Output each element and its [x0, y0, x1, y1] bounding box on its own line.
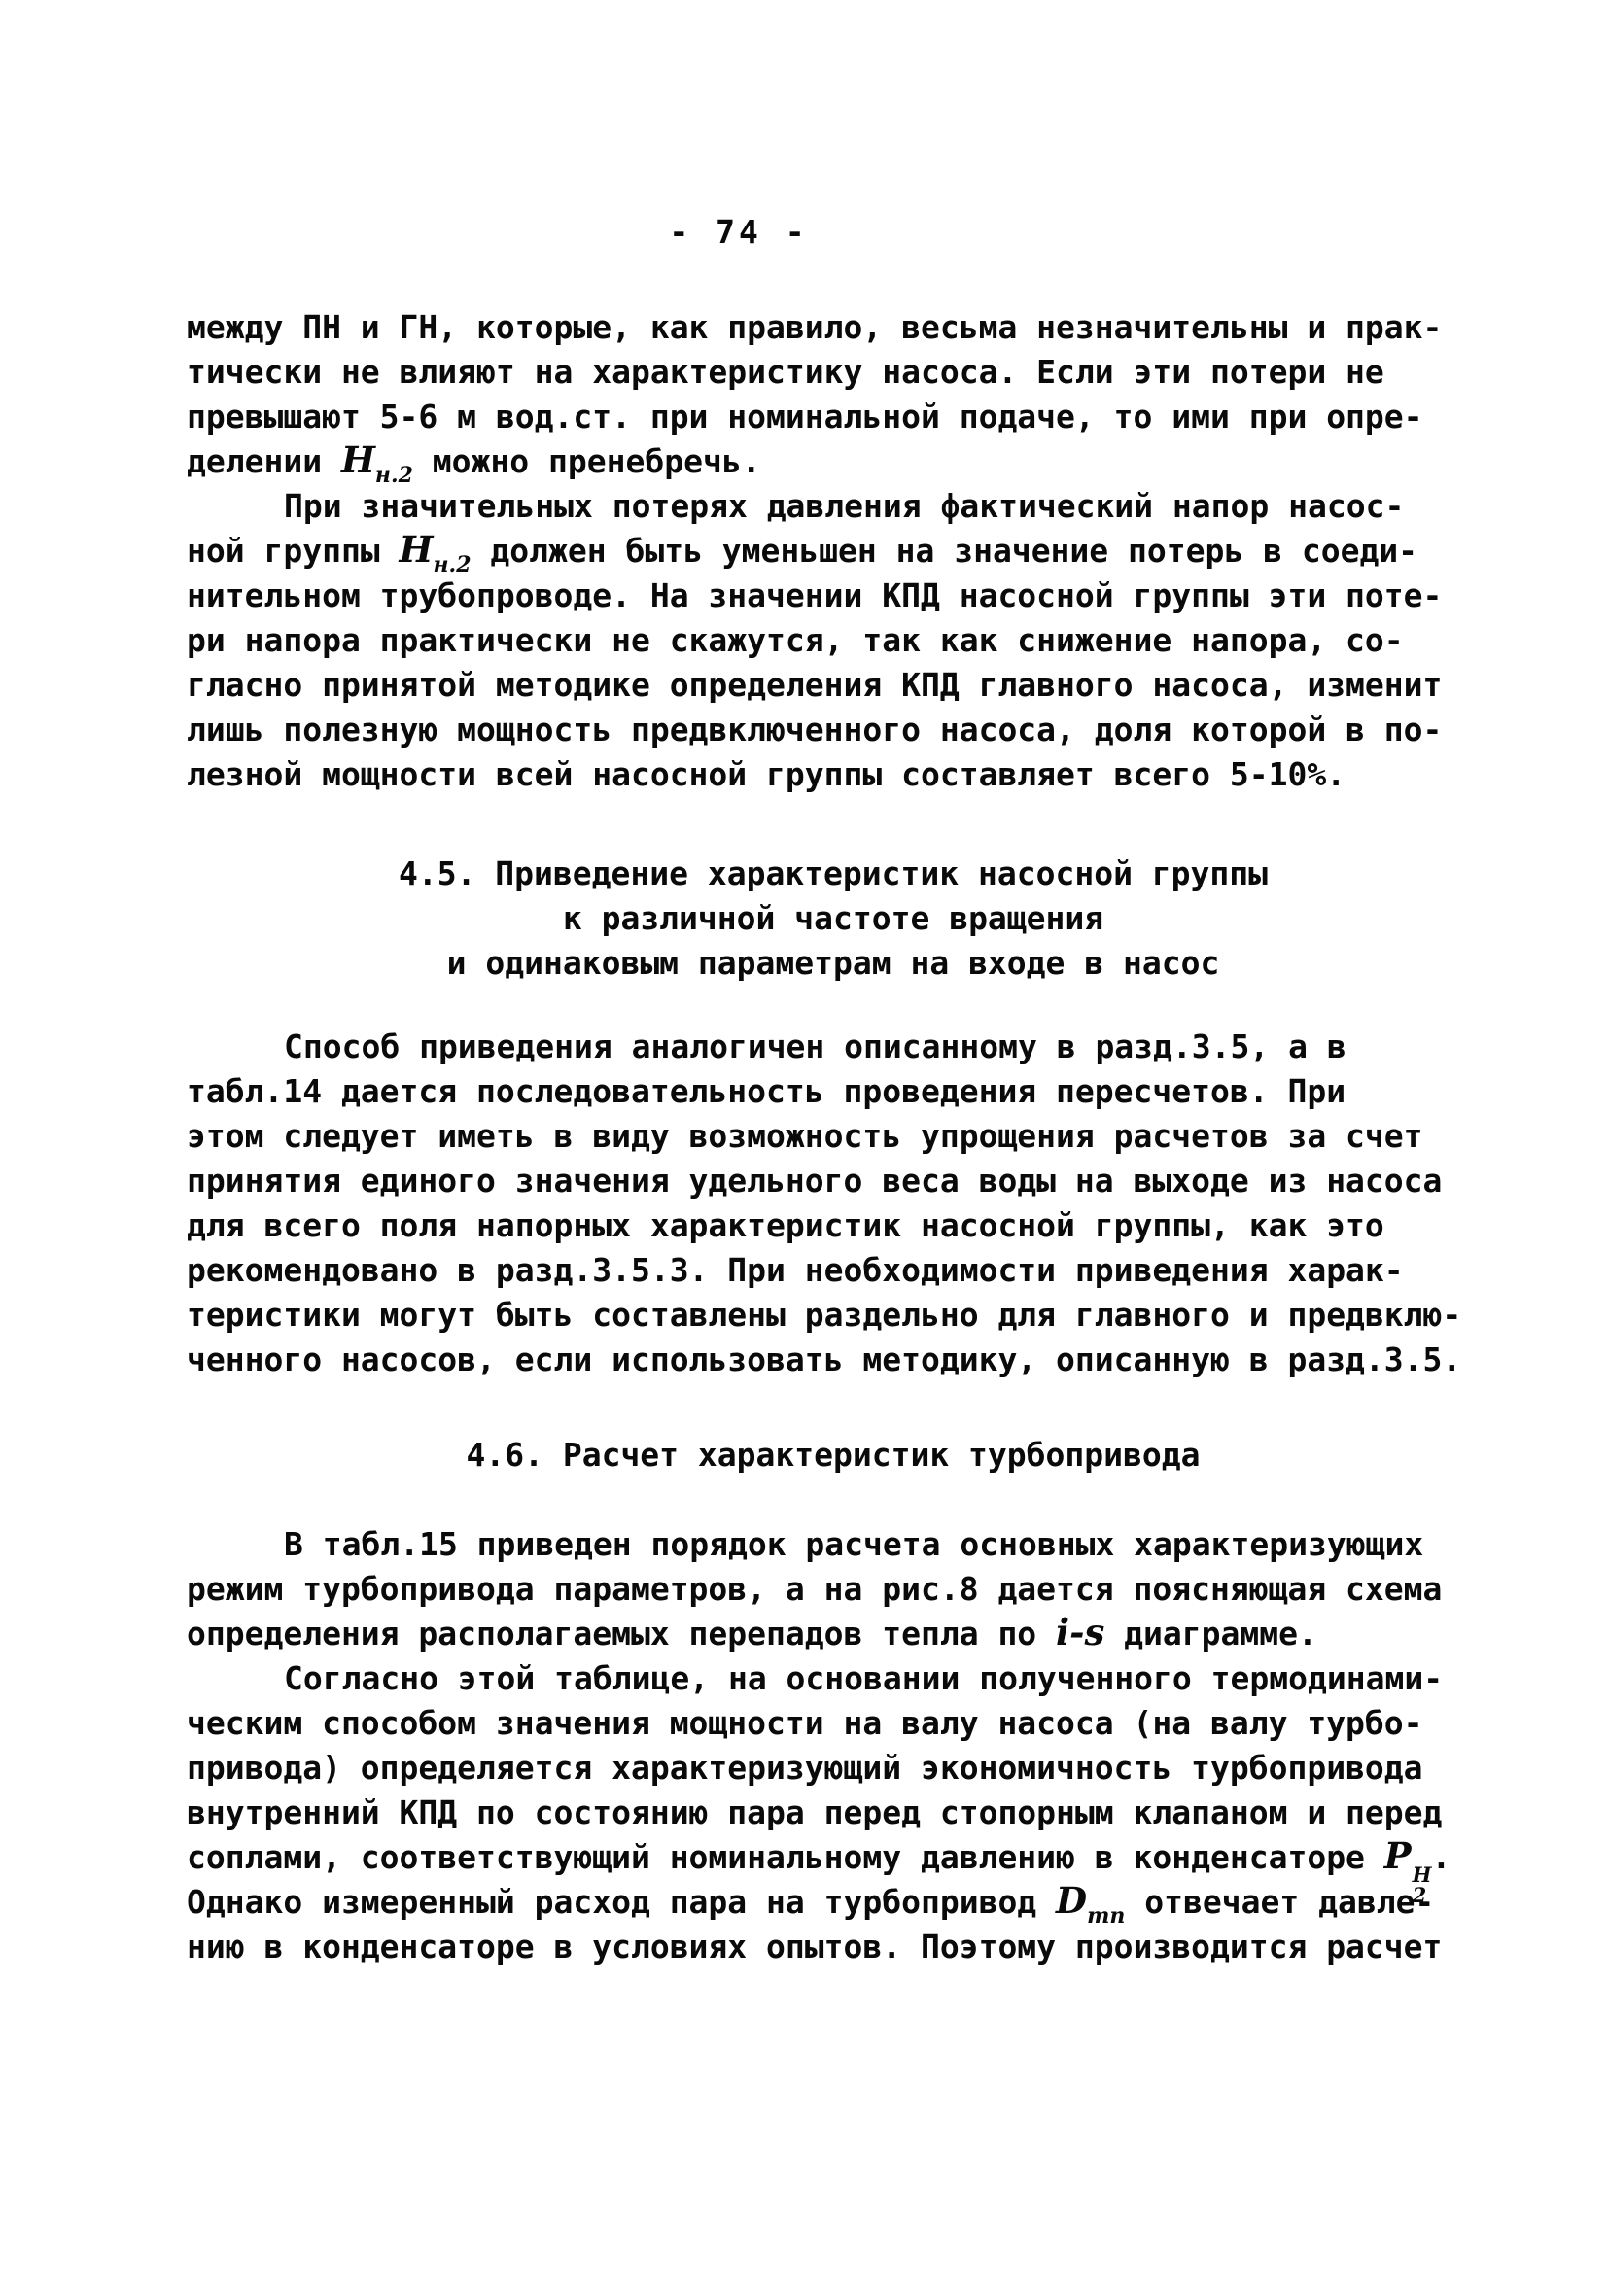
text-line: В табл.15 приведен порядок расчета основ…: [187, 1522, 1480, 1567]
paragraph-table15: В табл.15 приведен порядок расчета основ…: [187, 1522, 1480, 1656]
text-line: принятия единого значения удельного веса…: [187, 1159, 1480, 1203]
text-line: теристики могут быть составлены раздельн…: [187, 1293, 1480, 1338]
text-line: превышают 5-6 м вод.ст. при номинальной …: [187, 395, 1480, 439]
formula: РН2: [1384, 1834, 1432, 1877]
text-line: этом следует иметь в виду возможность уп…: [187, 1114, 1480, 1159]
text-line: гласно принятой методике определения КПД…: [187, 663, 1480, 708]
text-line: Однако измеренный расход пара на турбопр…: [187, 1880, 1480, 1925]
heading-4-6: 4.6. Расчет характеристик турбопривода: [187, 1433, 1480, 1478]
paragraph-internal-efficiency: Согласно этой таблице, на основании полу…: [187, 1656, 1480, 1969]
text-line: рекомендовано в разд.3.5.3. При необходи…: [187, 1248, 1480, 1293]
text-line: ченного насосов, если использовать метод…: [187, 1338, 1480, 1382]
text-line: Согласно этой таблице, на основании полу…: [187, 1656, 1480, 1701]
text-line: ри напора практически не скажутся, так к…: [187, 618, 1480, 663]
text-line: табл.14 дается последовательность провед…: [187, 1069, 1480, 1114]
text-line: для всего поля напорных характеристик на…: [187, 1203, 1480, 1248]
document-page: - 74 - между ПН и ГН, которые, как прави…: [0, 0, 1608, 2296]
paragraph-pressure-losses: При значительных потерях давления фактич…: [187, 484, 1480, 797]
heading-line: к различной частоте вращения: [187, 896, 1480, 941]
text-line: тически не влияют на характеристику насо…: [187, 350, 1480, 395]
paragraph-continued: между ПН и ГН, которые, как правило, вес…: [187, 305, 1480, 484]
text-line: лишь полезную мощность предвключенного н…: [187, 708, 1480, 752]
text-line: При значительных потерях давления фактич…: [187, 484, 1480, 529]
text-line: нию в конденсаторе в условиях опытов. По…: [187, 1925, 1480, 1969]
text-line: определения располагаемых перепадов тепл…: [187, 1612, 1480, 1656]
text-line: соплами, соответствующий номинальному да…: [187, 1835, 1480, 1880]
text-line: ной группы Нн.2 должен быть уменьшен на …: [187, 529, 1480, 574]
formula: Нн.2: [400, 528, 472, 571]
heading-line: 4.6. Расчет характеристик турбопривода: [187, 1433, 1480, 1478]
text-line: привода) определяется характеризующий эк…: [187, 1746, 1480, 1791]
text-line: Способ приведения аналогичен описанному …: [187, 1025, 1480, 1069]
text-column: - 74 - между ПН и ГН, которые, как прави…: [187, 0, 1480, 1969]
text-line: между ПН и ГН, которые, как правило, вес…: [187, 305, 1480, 350]
formula: i-s: [1056, 1611, 1104, 1653]
paragraph-recalculation-method: Способ приведения аналогичен описанному …: [187, 1025, 1480, 1382]
heading-line: 4.5. Приведение характеристик насосной г…: [187, 852, 1480, 896]
text-line: нительном трубопроводе. На значении КПД …: [187, 574, 1480, 618]
text-line: делении Нн.2 можно пренебречь.: [187, 439, 1480, 484]
heading-line: и одинаковым параметрам на входе в насос: [187, 941, 1480, 986]
formula: Dтп: [1056, 1879, 1125, 1922]
text-line: лезной мощности всей насосной группы сос…: [187, 752, 1480, 797]
text-line: внутренний КПД по состоянию пара перед с…: [187, 1791, 1480, 1835]
page-number: - 74 -: [92, 210, 1385, 255]
formula: Нн.2: [341, 438, 413, 481]
heading-4-5: 4.5. Приведение характеристик насосной г…: [187, 852, 1480, 986]
text-line: режим турбопривода параметров, а на рис.…: [187, 1567, 1480, 1612]
text-line: ческим способом значения мощности на вал…: [187, 1701, 1480, 1746]
